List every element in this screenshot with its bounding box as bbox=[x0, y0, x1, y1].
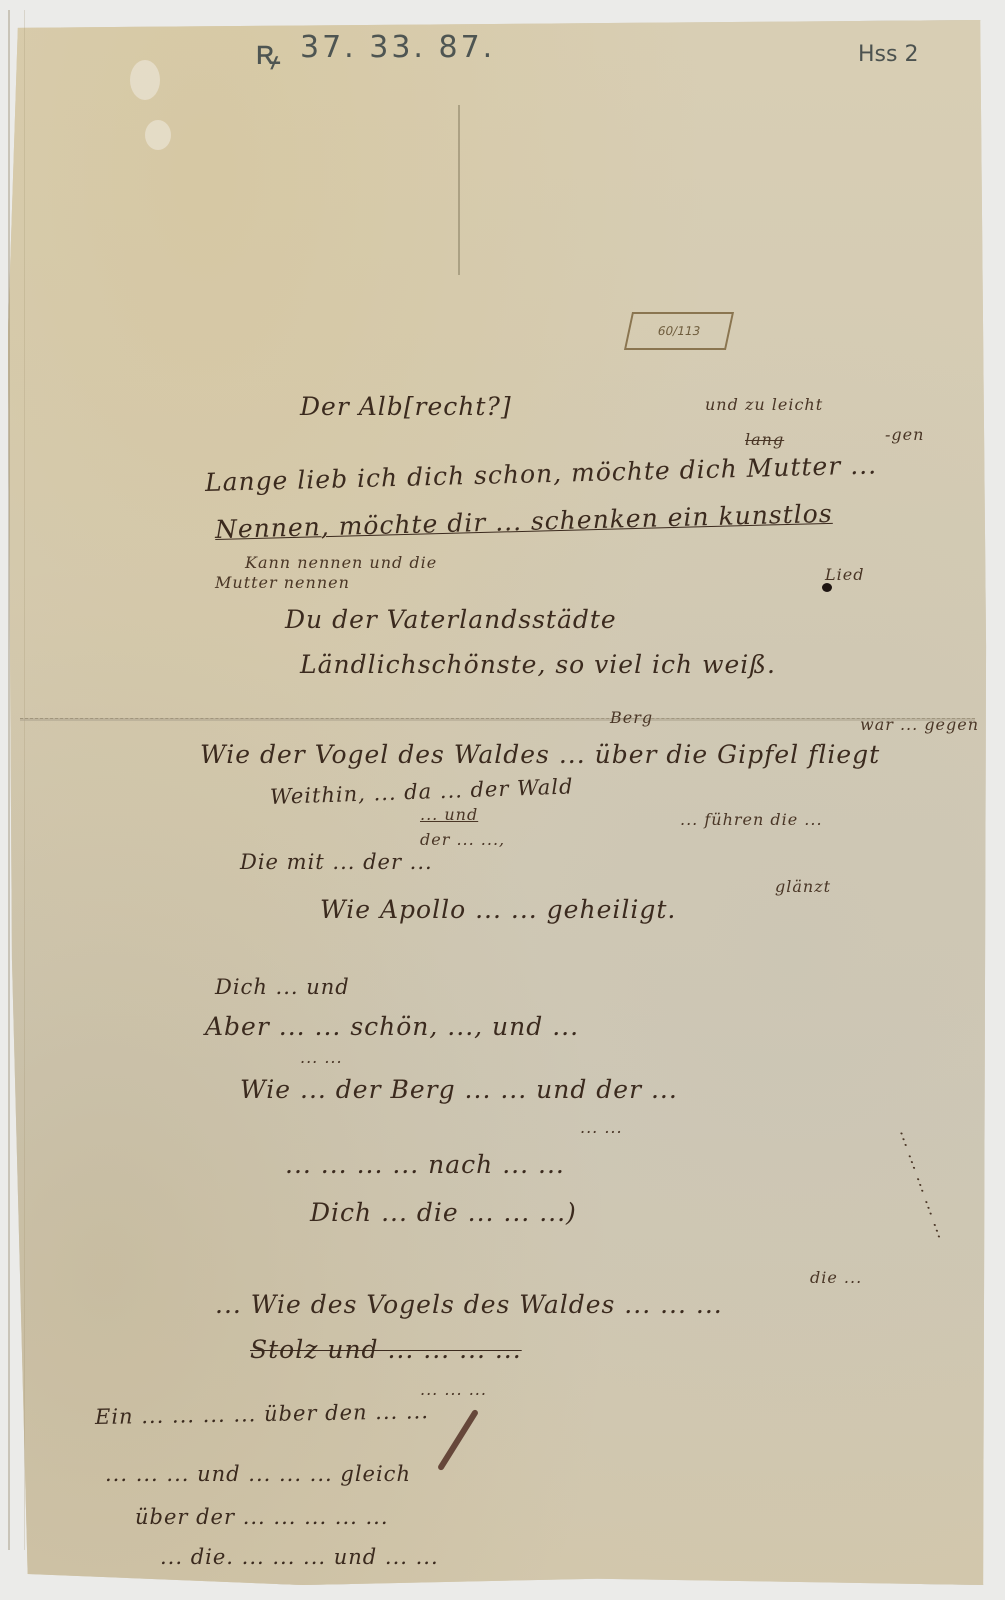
manuscript-interlinear: ... ... bbox=[300, 1048, 343, 1067]
paper-stain bbox=[145, 120, 171, 150]
manuscript-heading: Der Alb[recht?] bbox=[300, 392, 512, 421]
manuscript-line: ... die. ... ... ... und ... ... bbox=[160, 1545, 439, 1569]
page-left-edge bbox=[8, 10, 25, 1550]
manuscript-interlinear: ... ... ... bbox=[420, 1380, 487, 1399]
box-label: 60/113 bbox=[624, 312, 734, 350]
manuscript-line: ... ... ... und ... ... ... gleich bbox=[105, 1462, 411, 1486]
manuscript-interlinear: ... führen die ... bbox=[680, 810, 823, 829]
manuscript-line: Du der Vaterlandsstädte bbox=[285, 605, 617, 634]
manuscript-interlinear: Lied bbox=[825, 565, 864, 584]
heading-annotation-struck: lang bbox=[745, 430, 784, 449]
manuscript-interlinear: der ... ..., bbox=[420, 830, 505, 849]
manuscript-interlinear: ... und bbox=[420, 805, 478, 824]
horizontal-fold-line bbox=[20, 718, 975, 721]
paper-stain bbox=[130, 60, 160, 100]
manuscript-interlinear: ... ... bbox=[580, 1118, 623, 1137]
manuscript-line: Dich ... die ... ... ...) bbox=[310, 1198, 577, 1227]
manuscript-line: über der ... ... ... ... ... bbox=[135, 1505, 389, 1529]
manuscript-line: Dich ... und bbox=[215, 975, 350, 999]
shelf-mark: Hss 2 bbox=[858, 42, 918, 67]
manuscript-interlinear: die ... bbox=[810, 1268, 862, 1287]
heading-annotation-alt: -gen bbox=[885, 425, 924, 444]
manuscript-interlinear: Berg bbox=[610, 708, 653, 727]
vertical-fold-line bbox=[458, 105, 460, 275]
manuscript-line: Wie Apollo ... ... geheiligt. bbox=[320, 895, 676, 924]
archive-number-mark: 37. 33. 87. bbox=[300, 30, 495, 65]
manuscript-line: Aber ... ... schön, ..., und ... bbox=[205, 1012, 579, 1041]
manuscript-interlinear: war ... gegen bbox=[860, 715, 979, 734]
box-label-text: 60/113 bbox=[656, 324, 701, 338]
manuscript-interlinear: Kann nennen und die bbox=[245, 553, 437, 572]
manuscript-line: Wie ... der Berg ... ... und der ... bbox=[240, 1075, 678, 1104]
manuscript-line: ... Wie des Vogels des Waldes ... ... ..… bbox=[215, 1290, 723, 1319]
manuscript-line: ... ... ... ... nach ... ... bbox=[285, 1150, 565, 1179]
ink-blot bbox=[822, 583, 832, 592]
archive-prefix-mark: ꝶ bbox=[255, 28, 284, 74]
manuscript-interlinear: glänzt bbox=[775, 877, 831, 896]
manuscript-line: Die mit ... der ... bbox=[240, 850, 433, 874]
manuscript-line: Wie der Vogel des Waldes ... über die Gi… bbox=[200, 740, 880, 769]
manuscript-line: Ländlichschönste, so viel ich weiß. bbox=[300, 650, 776, 679]
heading-annotation: und zu leicht bbox=[705, 395, 823, 414]
manuscript-line-struck: Stolz und ... ... ... ... bbox=[250, 1335, 522, 1364]
manuscript-interlinear: Mutter nennen bbox=[215, 573, 350, 592]
